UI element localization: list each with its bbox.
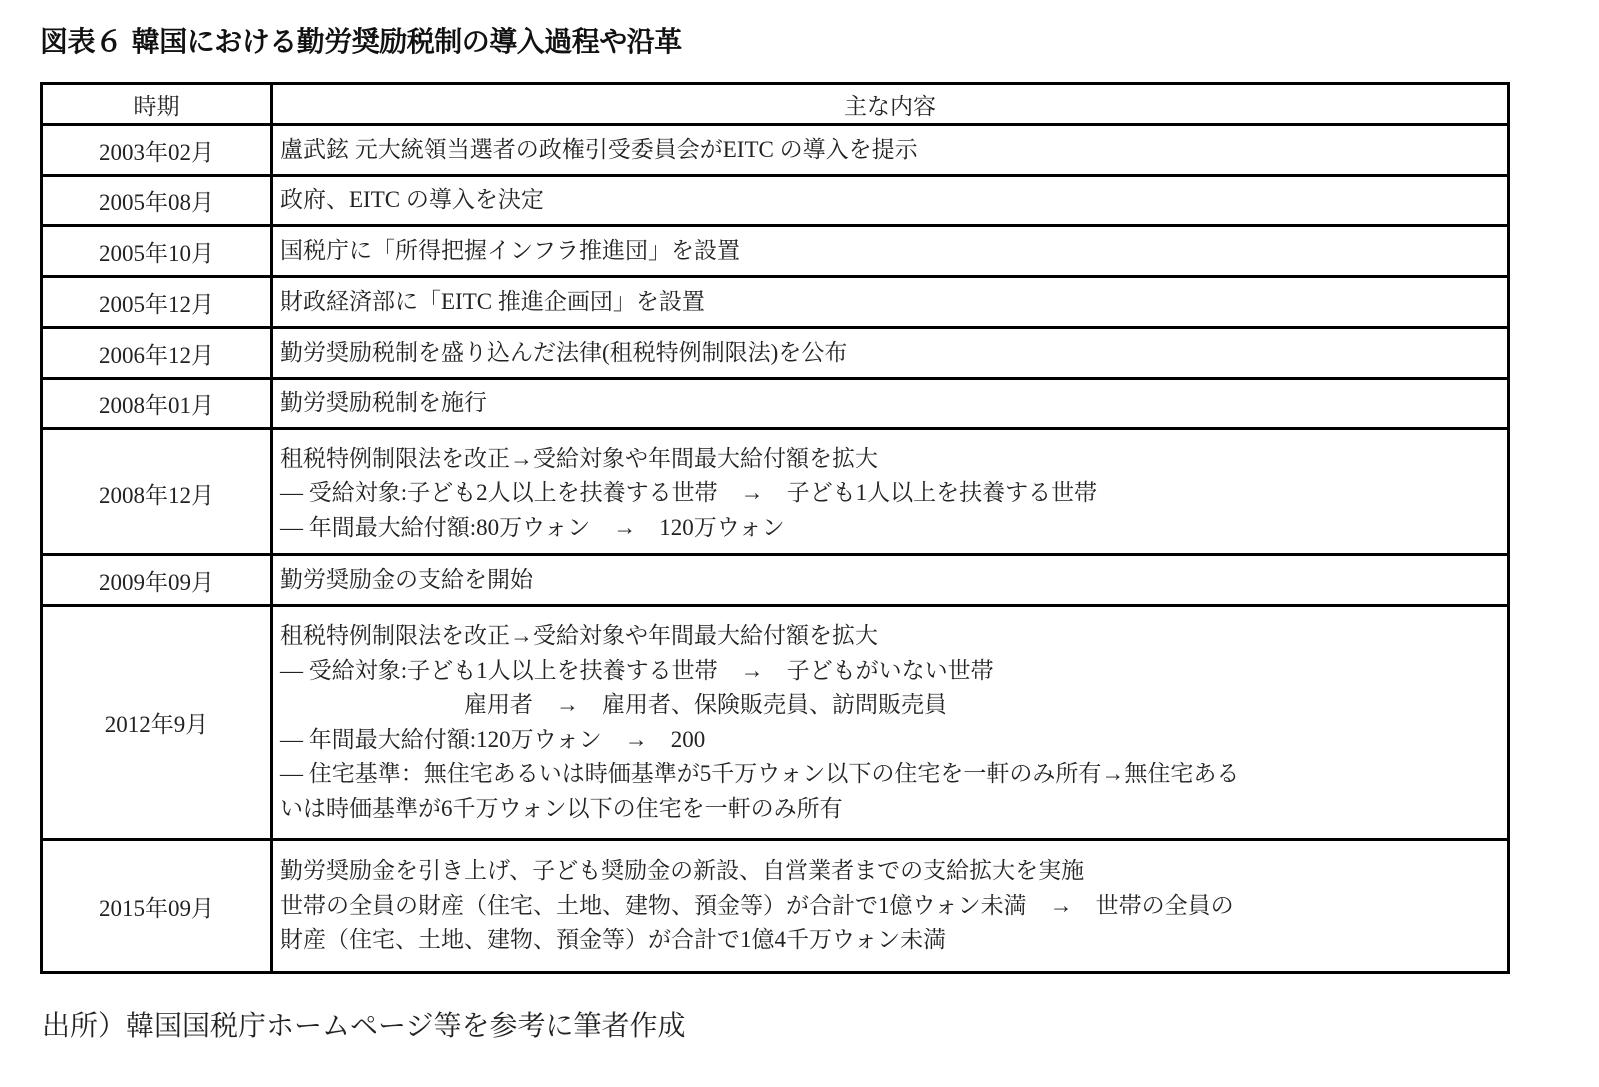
figure-title: 図表６ 韓国における勤労奨励税制の導入過程や沿革 bbox=[40, 22, 682, 62]
content-line: — 年間最大給付額:120万ウォン → 200 bbox=[280, 723, 1507, 758]
table-row: 2008年12月 租税特例制限法を改正→受給対象や年間最大給付額を拡大 — 受給… bbox=[42, 429, 1509, 555]
table-row: 2005年10月 国税庁に「所得把握インフラ推進団」を設置 bbox=[42, 226, 1509, 277]
content-line: 勤労奨励金の支給を開始 bbox=[280, 563, 1507, 598]
period-cell: 2008年01月 bbox=[42, 379, 272, 429]
content-line: 勤労奨励税制を盛り込んだ法律(租税特例制限法)を公布 bbox=[280, 336, 1507, 371]
content-line: — 受給対象:子ども2人以上を扶養する世帯 → 子ども1人以上を扶養する世帯 bbox=[280, 476, 1507, 511]
content-line: 租税特例制限法を改正→受給対象や年間最大給付額を拡大 bbox=[280, 442, 1507, 477]
content-line: 財産（住宅、土地、建物、預金等）が合計で1億4千万ウォン未満 bbox=[280, 923, 1507, 958]
source-note: 出所）韓国国税庁ホームページ等を参考に筆者作成 bbox=[42, 1007, 685, 1047]
table-row: 2012年9月 租税特例制限法を改正→受給対象や年間最大給付額を拡大 — 受給対… bbox=[42, 606, 1509, 840]
period-cell: 2003年02月 bbox=[42, 125, 272, 176]
content-cell: 盧武鉉 元大統領当選者の政権引受委員会がEITC の導入を提示 bbox=[272, 125, 1509, 176]
table-row: 2009年09月 勤労奨励金の支給を開始 bbox=[42, 555, 1509, 606]
content-line: — 住宅基準：無住宅あるいは時価基準が5千万ウォン以下の住宅を一軒のみ所有→無住… bbox=[280, 757, 1507, 792]
content-cell: 租税特例制限法を改正→受給対象や年間最大給付額を拡大 — 受給対象:子ども2人以… bbox=[272, 429, 1509, 555]
content-line: 盧武鉉 元大統領当選者の政権引受委員会がEITC の導入を提示 bbox=[280, 133, 1507, 168]
period-cell: 2012年9月 bbox=[42, 606, 272, 840]
table-row: 2005年08月 政府、EITC の導入を決定 bbox=[42, 176, 1509, 226]
content-line: — 年間最大給付額:80万ウォン → 120万ウォン bbox=[280, 511, 1507, 546]
content-line: 政府、EITC の導入を決定 bbox=[280, 183, 1507, 218]
content-cell: 勤労奨励金を引き上げ、子ども奨励金の新設、自営業者までの支給拡大を実施 世帯の全… bbox=[272, 840, 1509, 973]
period-cell: 2005年12月 bbox=[42, 277, 272, 328]
content-cell: 勤労奨励税制を盛り込んだ法律(租税特例制限法)を公布 bbox=[272, 328, 1509, 379]
content-cell: 国税庁に「所得把握インフラ推進団」を設置 bbox=[272, 226, 1509, 277]
content-line: 財政経済部に「EITC 推進企画団」を設置 bbox=[280, 285, 1507, 320]
period-cell: 2015年09月 bbox=[42, 840, 272, 973]
content-cell: 財政経済部に「EITC 推進企画団」を設置 bbox=[272, 277, 1509, 328]
table-row: 2015年09月 勤労奨励金を引き上げ、子ども奨励金の新設、自営業者までの支給拡… bbox=[42, 840, 1509, 973]
content-cell: 勤労奨励金の支給を開始 bbox=[272, 555, 1509, 606]
content-line: 雇用者 → 雇用者、保険販売員、訪問販売員 bbox=[280, 688, 1507, 723]
period-cell: 2009年09月 bbox=[42, 555, 272, 606]
period-cell: 2006年12月 bbox=[42, 328, 272, 379]
period-cell: 2005年10月 bbox=[42, 226, 272, 277]
table-header-row: 時期 主な内容 bbox=[42, 84, 1509, 125]
content-cell: 政府、EITC の導入を決定 bbox=[272, 176, 1509, 226]
header-period: 時期 bbox=[42, 84, 272, 125]
content-line: 世帯の全員の財産（住宅、土地、建物、預金等）が合計で1億ウォン未満 → 世帯の全… bbox=[280, 889, 1507, 924]
content-line: 租税特例制限法を改正→受給対象や年間最大給付額を拡大 bbox=[280, 619, 1507, 654]
content-line: 勤労奨励金を引き上げ、子ども奨励金の新設、自営業者までの支給拡大を実施 bbox=[280, 854, 1507, 889]
table-row: 2008年01月 勤労奨励税制を施行 bbox=[42, 379, 1509, 429]
table-row: 2006年12月 勤労奨励税制を盛り込んだ法律(租税特例制限法)を公布 bbox=[42, 328, 1509, 379]
content-line: 国税庁に「所得把握インフラ推進団」を設置 bbox=[280, 234, 1507, 269]
table-row: 2003年02月 盧武鉉 元大統領当選者の政権引受委員会がEITC の導入を提示 bbox=[42, 125, 1509, 176]
content-line: — 受給対象:子ども1人以上を扶養する世帯 → 子どもがいない世帯 bbox=[280, 654, 1507, 689]
history-table: 時期 主な内容 2003年02月 盧武鉉 元大統領当選者の政権引受委員会がEIT… bbox=[40, 82, 1510, 974]
content-cell: 勤労奨励税制を施行 bbox=[272, 379, 1509, 429]
header-content: 主な内容 bbox=[272, 84, 1509, 125]
table-row: 2005年12月 財政経済部に「EITC 推進企画団」を設置 bbox=[42, 277, 1509, 328]
content-cell: 租税特例制限法を改正→受給対象や年間最大給付額を拡大 — 受給対象:子ども1人以… bbox=[272, 606, 1509, 840]
period-cell: 2008年12月 bbox=[42, 429, 272, 555]
period-cell: 2005年08月 bbox=[42, 176, 272, 226]
content-line: いは時価基準が6千万ウォン以下の住宅を一軒のみ所有 bbox=[280, 792, 1507, 827]
content-line: 勤労奨励税制を施行 bbox=[280, 386, 1507, 421]
